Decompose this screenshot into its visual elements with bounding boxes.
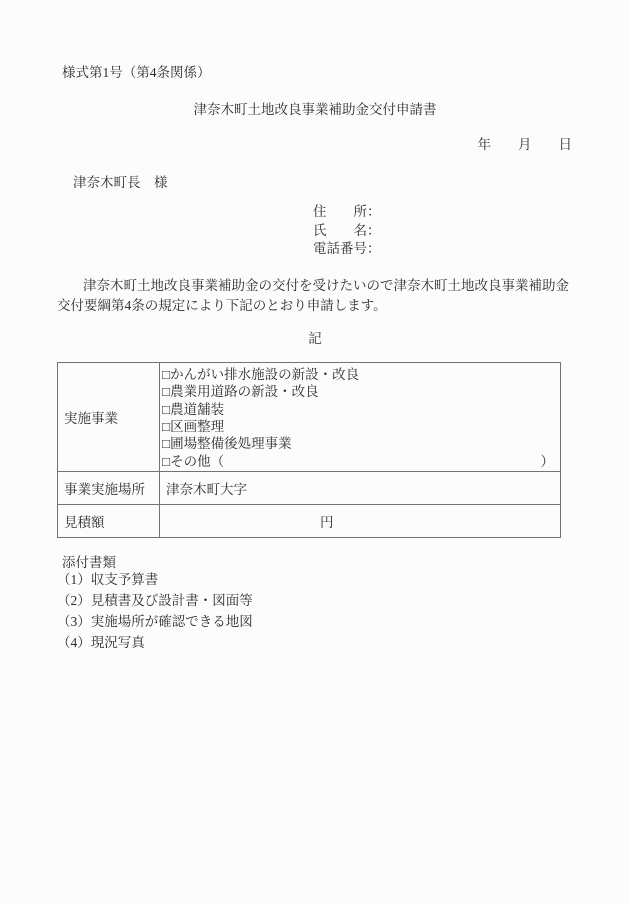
project-options-cell: □かんがい排水施設の新設・改良 □農業用道路の新設・改良 □農道舗装 □区画整理… xyxy=(160,363,561,472)
checkbox-option-irrigation: □かんがい排水施設の新設・改良 xyxy=(162,366,560,383)
project-row-label: 実施事業 xyxy=(58,363,160,472)
attachment-item-map: （3）実施場所が確認できる地図 xyxy=(57,611,253,632)
attachment-item-estimate-drawings: （2）見積書及び設計書・図面等 xyxy=(57,590,253,611)
application-statement: 津奈木町土地改良事業補助金の交付を受けたいので津奈木町土地改良事業補助金 交付要… xyxy=(57,276,571,315)
attachments-list: （1）収支予算書 （2）見積書及び設計書・図面等 （3）実施場所が確認できる地図… xyxy=(57,569,253,653)
location-row-value: 津奈木町大字 xyxy=(160,472,561,505)
estimate-row: 見積額 円 xyxy=(58,505,561,538)
record-marker: 記 xyxy=(0,327,630,347)
application-table: 実施事業 □かんがい排水施設の新設・改良 □農業用道路の新設・改良 □農道舗装 … xyxy=(57,362,561,538)
phone-label: 電話番号： xyxy=(313,240,381,259)
estimate-row-value: 円 xyxy=(160,505,561,538)
document-page: 様式第1号（第4条関係） 津奈木町土地改良事業補助金交付申請書 年 月 日 津奈… xyxy=(0,0,630,903)
attachments-header: 添付書類 xyxy=(62,551,116,571)
name-label: 氏 名： xyxy=(313,222,381,241)
checkbox-option-other: □その他（ ） xyxy=(162,453,560,470)
checkbox-option-farm-road: □農業用道路の新設・改良 xyxy=(162,383,560,400)
contact-block: 住 所： 氏 名： 電話番号： xyxy=(313,203,381,259)
other-option-label: □その他（ xyxy=(162,453,224,470)
attachment-item-budget: （1）収支予算書 xyxy=(57,569,253,590)
document-title: 津奈木町土地改良事業補助金交付申請書 xyxy=(0,98,630,118)
project-row: 実施事業 □かんがい排水施設の新設・改良 □農業用道路の新設・改良 □農道舗装 … xyxy=(58,363,561,472)
location-row-label: 事業実施場所 xyxy=(58,472,160,505)
addressee: 津奈木町長 様 xyxy=(73,171,168,191)
checkbox-option-field-maintenance: □圃場整備後処理事業 xyxy=(162,435,560,452)
checkbox-option-paving: □農道舗装 xyxy=(162,401,560,418)
checkbox-option-land-readjustment: □区画整理 xyxy=(162,418,560,435)
date-line: 年 月 日 xyxy=(478,133,573,153)
estimate-row-label: 見積額 xyxy=(58,505,160,538)
form-number: 様式第1号（第4条関係） xyxy=(62,61,211,81)
attachment-item-photos: （4）現況写真 xyxy=(57,632,253,653)
location-row: 事業実施場所 津奈木町大字 xyxy=(58,472,561,505)
other-close-paren: ） xyxy=(541,453,555,470)
address-label: 住 所： xyxy=(313,203,381,222)
